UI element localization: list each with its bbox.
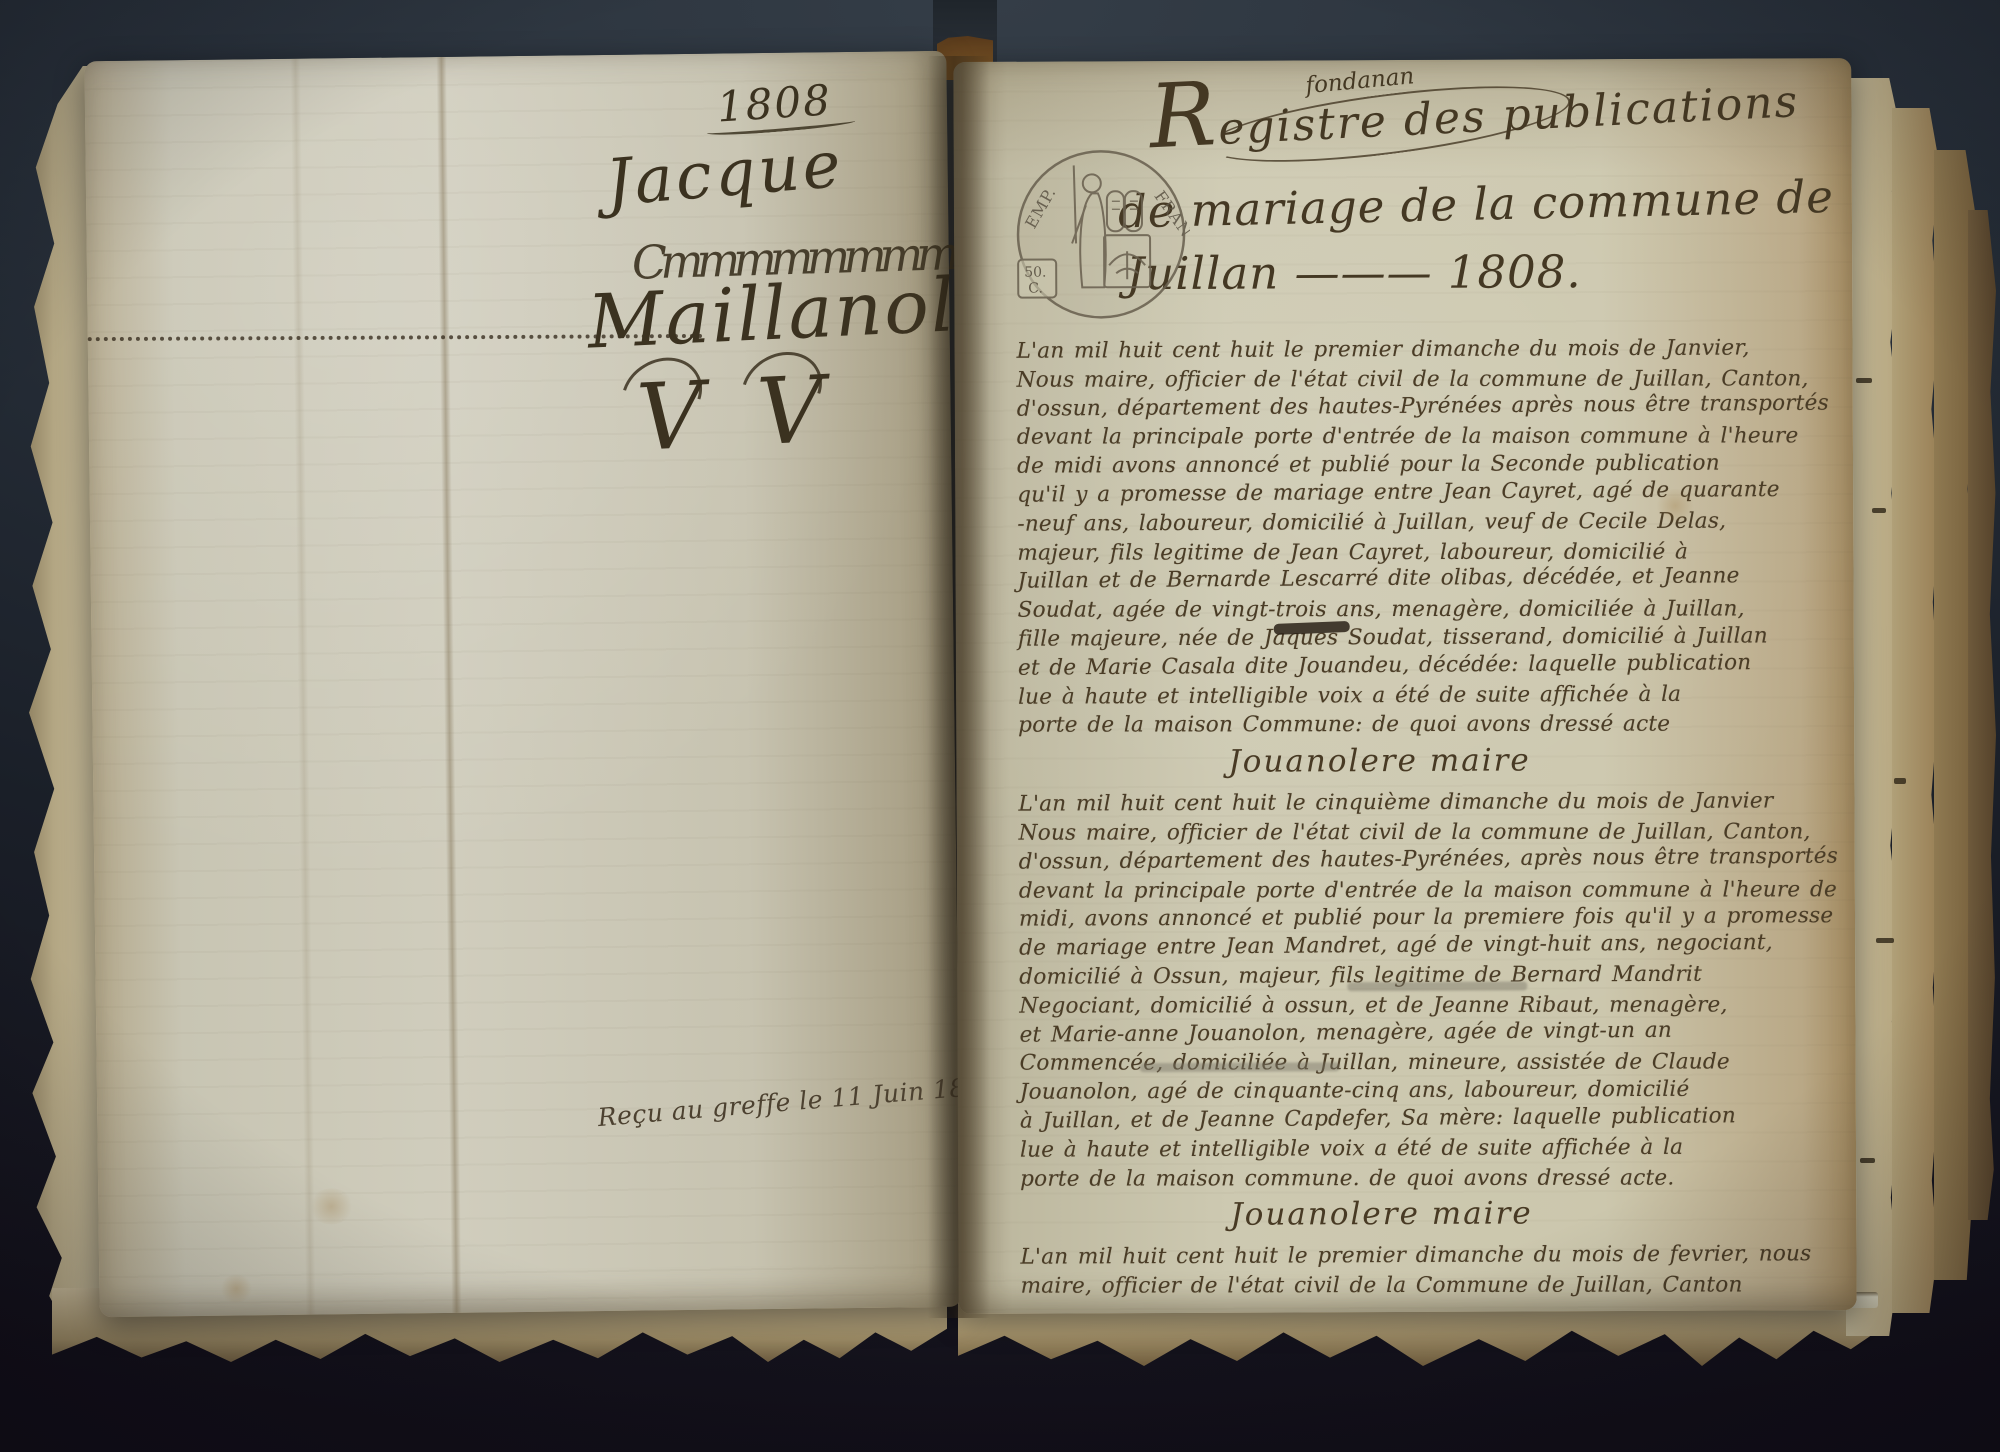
pencil-smudge	[1140, 1062, 1340, 1072]
marriage-publication-entry-1: L'an mil huit cent huit le premier diman…	[1016, 334, 1833, 781]
monogram-letter: V	[634, 359, 759, 472]
text-line: qu'il y a promesse de mariage entre Jean…	[1017, 476, 1832, 511]
text-line: d'ossun, département des hautes-Pyrénées…	[1019, 842, 1834, 877]
photo-background: 1808 Jacque Cmmmmmmmmm Maillanol VV Reçu…	[0, 0, 2000, 1452]
text-line: devant la principale porte d'entrée de l…	[1019, 876, 1834, 906]
left-page: 1808 Jacque Cmmmmmmmmm Maillanol VV Reçu…	[84, 51, 961, 1317]
entry-lines: L'an mil huit cent huit le premier diman…	[1016, 334, 1833, 741]
text-line: -neuf ans, laboureur, domicilié à Juilla…	[1017, 507, 1832, 539]
surname-calligraphy: Maillanol	[586, 262, 959, 365]
text-line: devant la principale porte d'entrée de l…	[1017, 423, 1832, 453]
right-page-edges-stack	[1846, 78, 1996, 1340]
marriage-publication-entry-3: L'an mil huit cent huit le premier diman…	[1020, 1240, 1835, 1301]
text-line: L'an mil huit cent huit le premier diman…	[1016, 334, 1831, 366]
foxing-spot	[219, 1274, 253, 1302]
register-title-line-3: Juillan ——— 1808.	[1126, 245, 1582, 300]
text-line: L'an mil huit cent huit le premier diman…	[1020, 1240, 1835, 1272]
mayor-signature: Jouanolere maire	[1228, 741, 1833, 780]
text-line: porte de la maison commune. de quoi avon…	[1020, 1164, 1835, 1194]
text-line: maire, officier de l'état civil de la Co…	[1021, 1271, 1836, 1301]
text-line: lue à haute et intelligible voix a été d…	[1020, 1133, 1835, 1165]
text-line: et de Marie Casala dite Jouandeu, décédé…	[1018, 648, 1833, 683]
page-edge-strip	[1892, 108, 1940, 1313]
mayor-signature: Jouanolere maire	[1230, 1194, 1835, 1233]
ink-fragment	[1860, 1158, 1875, 1163]
register-title-line-2: de mariage de la commune de	[1117, 170, 1834, 239]
text-line: d'ossun, département des hautes-Pyrénées…	[1017, 389, 1832, 424]
text-line: porte de la maison Commune: de quoi avon…	[1018, 711, 1833, 741]
ink-fragment	[1872, 508, 1886, 513]
text-line: lue à haute et intelligible voix a été d…	[1018, 680, 1833, 712]
register-body-text: L'an mil huit cent huit le premier diman…	[1016, 334, 1835, 1301]
right-page: fondanan Registre des publications de ma…	[953, 58, 1856, 1314]
foxing-spot	[308, 1188, 354, 1225]
entry-lines: L'an mil huit cent huit le premier diman…	[1020, 1240, 1835, 1301]
stamp-value-line2: C.	[1028, 281, 1043, 297]
greffe-receipt-note: Reçu au greffe le 11 Juin 1818	[597, 1070, 1000, 1132]
pencil-smudge	[1347, 981, 1527, 991]
ink-fragment	[1856, 378, 1872, 383]
text-line: à Juillan, et de Jeanne Capdefer, Sa mèr…	[1020, 1101, 1835, 1136]
year-heading: 1808	[715, 75, 833, 131]
ink-fragment	[1894, 778, 1906, 784]
page-edge-strip	[1968, 210, 1996, 1220]
text-line: Soudat, agée de vingt-trois ans, menagèr…	[1018, 595, 1833, 625]
marriage-publication-entry-2: L'an mil huit cent huit le cinquième dim…	[1018, 787, 1835, 1234]
foxing-spot	[1655, 489, 1695, 523]
text-line: de mariage entre Jean Mandret, agé de vi…	[1019, 929, 1834, 964]
stamp-value-line1: 50.	[1024, 265, 1046, 281]
fold-crease	[290, 59, 315, 1315]
monogram-initials: VV	[634, 354, 880, 472]
register-title-line-1: Registre des publications	[1148, 60, 1800, 158]
text-line: et Marie-anne Jouanolon, menagère, agée …	[1019, 1015, 1834, 1050]
monogram-letter: V	[755, 354, 880, 467]
ink-fragment	[1876, 938, 1894, 943]
empire-revenue-stamp-icon: EMP. FRAN 50. C.	[1012, 145, 1191, 324]
fold-crease	[436, 57, 461, 1313]
text-line: Juillan et de Bernarde Lescarré dite oli…	[1017, 562, 1832, 597]
name-calligraphy: Jacque	[603, 128, 846, 221]
text-line: L'an mil huit cent huit le cinquième dim…	[1018, 787, 1833, 819]
